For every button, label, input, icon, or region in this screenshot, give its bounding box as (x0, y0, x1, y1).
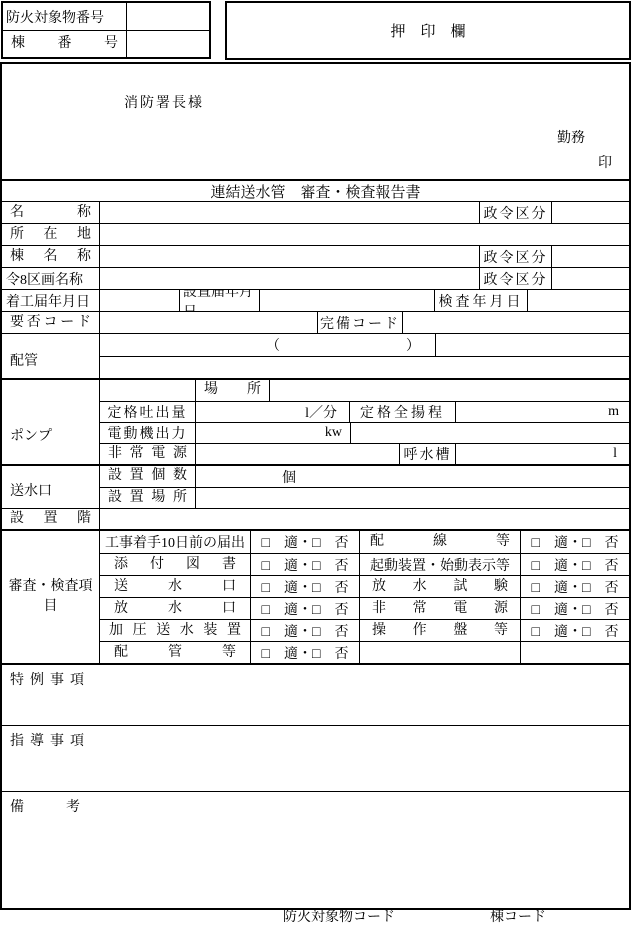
seirei-label-2: 政令区分 (479, 246, 551, 267)
rei8-row: 令8区画名称 政令区分 (2, 267, 629, 289)
inspection-row: 放水口 □ 適・□ 否 非常電源 □ 適・□ 否 (99, 597, 629, 619)
seirei-label-3: 政令区分 (479, 268, 551, 289)
guidance-items-label: 指導事項 (10, 730, 90, 750)
inspection-row: 配管等 □ 適・□ 否 (99, 641, 629, 663)
inspection-section-label: 審査・検査項目 (2, 531, 99, 663)
pump-empty-cell (99, 380, 195, 401)
name-label: 名称 (2, 202, 99, 223)
rated-discharge-label: 定格吐出量 (99, 402, 195, 422)
chakko-date-field[interactable] (99, 290, 179, 311)
inspection-check-pass-fail[interactable]: □ 適・□ 否 (250, 642, 359, 663)
inspection-item-label: 起動装置・始動表示等 (359, 554, 520, 575)
motor-output-field[interactable]: kw (195, 423, 350, 443)
rated-head-field[interactable]: m (455, 402, 629, 422)
piping-field-2[interactable] (435, 334, 629, 356)
inspection-item-label: 添付図書 (99, 554, 250, 575)
installed-place-label: 設置場所 (99, 488, 195, 508)
inspection-item-label: 配管等 (99, 642, 250, 663)
inspection-check-pass-fail[interactable]: □ 適・□ 否 (520, 576, 629, 597)
yohi-code-label: 要否コード (2, 312, 99, 333)
inspection-item-label: 操作盤等 (359, 620, 520, 641)
installed-floor-field[interactable] (99, 509, 629, 529)
fire-object-number-label: 防火対象物番号 (3, 3, 126, 30)
inspection-item-label: 送水口 (99, 576, 250, 597)
priming-tank-field[interactable]: l (455, 444, 629, 464)
rated-head-label: 定格全揚程 (349, 402, 455, 422)
pump-label: ポンプ (2, 380, 99, 464)
setchi-date-label: 設置届年月日 (179, 290, 259, 311)
building-name-label: 棟名称 (2, 246, 99, 267)
inspection-check-pass-fail[interactable]: □ 適・□ 否 (250, 531, 359, 553)
fire-object-number-row: 防火対象物番号 (3, 3, 209, 30)
installed-count-label: 設置個数 (99, 466, 195, 487)
location-field[interactable] (99, 224, 629, 245)
seirei-field-1[interactable] (551, 202, 629, 223)
inspection-group: 審査・検査項目 工事着手10日前の届出 □ 適・□ 否 配線等 □ 適・□ 否 … (2, 529, 629, 663)
inspection-row: 添付図書 □ 適・□ 否 起動装置・始動表示等 □ 適・□ 否 (99, 553, 629, 575)
report-form-table: 消防署長様 勤務 印 連結送水管 審査・検査報告書 名称 政令区分 所在地 棟名… (0, 62, 631, 910)
building-number-label: 棟番号 (3, 31, 126, 57)
addressee-cell: 消防署長様 勤務 印 (2, 64, 629, 179)
pump-group: ポンプ 場所 定格吐出量 l／分 定格全揚程 m 電動機出力 kw 非常電源 (2, 378, 629, 464)
building-name-row: 棟名称 政令区分 (2, 245, 629, 267)
name-field[interactable] (99, 202, 479, 223)
motor-output-label: 電動機出力 (99, 423, 195, 443)
building-number-row: 棟番号 (3, 30, 209, 57)
water-inlet-label: 送水口 (2, 466, 99, 508)
installed-floor-label: 設置階 (2, 509, 99, 529)
seal-label: 印 (598, 152, 612, 172)
building-name-field[interactable] (99, 246, 479, 267)
emergency-power-label: 非常電源 (99, 444, 195, 464)
seirei-field-2[interactable] (551, 246, 629, 267)
yohi-code-row: 要否コード 完備コード (2, 311, 629, 333)
location-row: 所在地 (2, 223, 629, 245)
name-row: 名称 政令区分 (2, 201, 629, 223)
id-header-table: 防火対象物番号 棟番号 (1, 1, 211, 59)
setchi-date-field[interactable] (259, 290, 434, 311)
inspection-check-pass-fail[interactable]: □ 適・□ 否 (250, 576, 359, 597)
chakko-date-label: 着工届年月日 (2, 290, 99, 311)
inspection-item-label: 加圧送水装置 (99, 620, 250, 641)
inspection-item-label: 配線等 (359, 531, 520, 553)
yohi-code-field[interactable] (99, 312, 317, 333)
piping-paren-field[interactable]: （ ） (99, 334, 435, 356)
special-provisions-box[interactable]: 特例事項 (2, 663, 629, 725)
installed-count-field[interactable]: 個 (195, 466, 629, 487)
water-inlet-group: 送水口 設置個数 個 設置場所 (2, 464, 629, 508)
inspection-item-label: 放水口 (99, 598, 250, 619)
piping-field-3[interactable] (99, 357, 629, 378)
building-number-field[interactable] (126, 31, 209, 57)
motor-output-extra-field[interactable] (350, 423, 629, 443)
installed-place-field[interactable] (195, 488, 629, 508)
rei8-field[interactable] (99, 268, 479, 289)
seirei-label-1: 政令区分 (479, 202, 551, 223)
installed-floor-row: 設置階 (2, 508, 629, 529)
guidance-items-box[interactable]: 指導事項 (2, 725, 629, 791)
fire-chief-addressee: 消防署長様 (124, 92, 204, 112)
inspection-row: 工事着手10日前の届出 □ 適・□ 否 配線等 □ 適・□ 否 (99, 531, 629, 553)
inspection-check-pass-fail[interactable]: □ 適・□ 否 (520, 598, 629, 619)
seal-box-label: 押 印 欄 (390, 20, 465, 41)
kensa-date-field[interactable] (527, 290, 629, 311)
duty-label: 勤務 (557, 127, 585, 147)
report-title: 連結送水管 審査・検査報告書 (2, 179, 629, 201)
dates-row: 着工届年月日 設置届年月日 検査年月日 (2, 289, 629, 311)
inspection-check-pass-fail[interactable]: □ 適・□ 否 (250, 554, 359, 575)
rated-discharge-field[interactable]: l／分 (195, 402, 349, 422)
location-label: 所在地 (2, 224, 99, 245)
inspection-item-label: 工事着手10日前の届出 (99, 531, 250, 553)
pump-place-label: 場所 (195, 380, 269, 401)
rei8-label: 令8区画名称 (2, 268, 99, 289)
inspection-check-pass-fail[interactable]: □ 適・□ 否 (250, 620, 359, 641)
inspection-row: 送水口 □ 適・□ 否 放水試験 □ 適・□ 否 (99, 575, 629, 597)
fire-object-number-field[interactable] (126, 3, 209, 30)
kanbi-code-field[interactable] (402, 312, 629, 333)
kanbi-code-label: 完備コード (317, 312, 402, 333)
remarks-label: 備 考 (10, 796, 80, 816)
piping-group: 配管 （ ） (2, 333, 629, 378)
inspection-empty-cell (359, 642, 520, 663)
inspection-row: 加圧送水装置 □ 適・□ 否 操作盤等 □ 適・□ 否 (99, 619, 629, 641)
priming-tank-label: 呼水槽 (399, 444, 455, 464)
fire-object-code-label: 防火対象物コード (283, 906, 395, 926)
inspection-check-pass-fail[interactable]: □ 適・□ 否 (520, 620, 629, 641)
seirei-field-3[interactable] (551, 268, 629, 289)
kensa-date-label: 検査年月日 (434, 290, 527, 311)
emergency-power-field[interactable] (195, 444, 399, 464)
special-provisions-label: 特例事項 (10, 669, 90, 689)
footer: 防火対象物コード 棟コード (0, 905, 631, 924)
inspection-item-label: 非常電源 (359, 598, 520, 619)
piping-label: 配管 (2, 334, 99, 378)
seal-box: 押 印 欄 (225, 1, 631, 60)
remarks-box[interactable]: 備 考 (2, 791, 629, 908)
pump-place-field[interactable] (269, 380, 629, 401)
building-code-label: 棟コード (490, 906, 546, 926)
inspection-check-pass-fail[interactable]: □ 適・□ 否 (520, 554, 629, 575)
inspection-empty-cell (520, 642, 629, 663)
inspection-check-pass-fail[interactable]: □ 適・□ 否 (250, 598, 359, 619)
inspection-check-pass-fail[interactable]: □ 適・□ 否 (520, 531, 629, 553)
inspection-item-label: 放水試験 (359, 576, 520, 597)
